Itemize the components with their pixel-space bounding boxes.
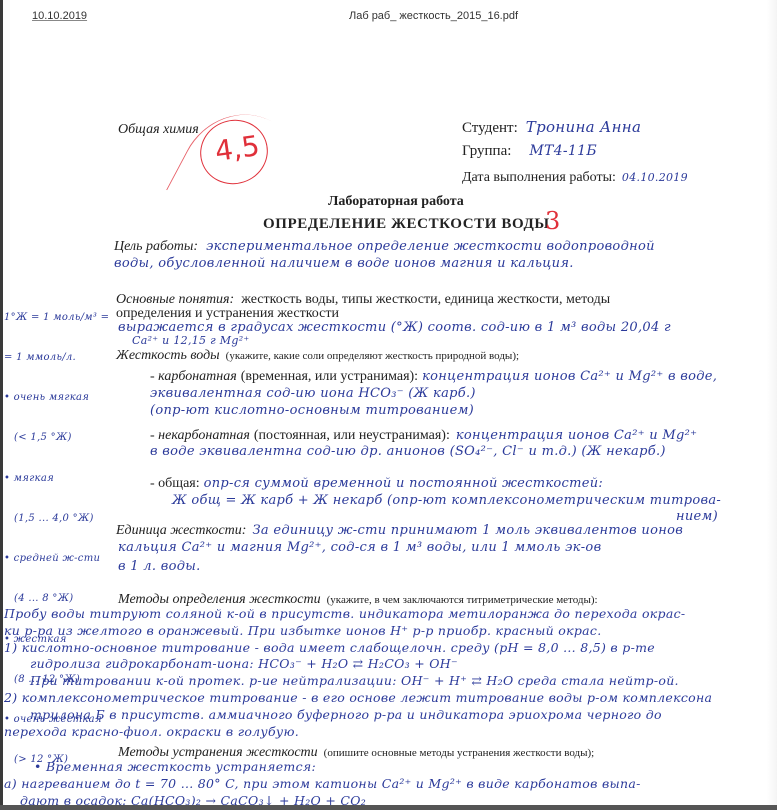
margin-note: = 1 ммоль/л. — [4, 351, 109, 364]
date-label: Дата выполнения работы: — [462, 170, 616, 185]
carbonate-answer-line3: (опр-ют кислотно-основным титрованием) — [150, 403, 474, 418]
water-hardness-hint: (укажите, какие соли определяют жесткост… — [226, 350, 519, 362]
group-value: МТ4-11Б — [529, 143, 597, 159]
noncarbonate-row: - некарбонатная (постоянная, или неустра… — [150, 426, 697, 444]
lab-subtitle: Лабораторная работа — [328, 194, 464, 210]
carbonate-answer-line1: концентрация ионов Ca²⁺ и Mg²⁺ в воде, — [422, 369, 717, 384]
removal-answer: • Временная жесткость устраняется: а) на… — [4, 758, 641, 809]
noncarbonate-label: - некарбонатная — [150, 428, 250, 443]
unit-answer-line1: За единицу ж-сти принимают 1 моль эквива… — [252, 523, 683, 538]
margin-note: (1,5 ... 4,0 °Ж) — [4, 512, 109, 525]
file-name: Лаб раб_ жесткость_2015_16.pdf — [349, 10, 518, 22]
total-row: - общая: опр-ся суммой временной и посто… — [150, 474, 603, 492]
date-row: Дата выполнения работы: 04.10.2019 — [462, 168, 688, 186]
student-row: Студент: Тронина Анна — [462, 118, 641, 137]
margin-note: (< 1,5 °Ж) — [4, 431, 109, 444]
basic-concepts-text-line1: жесткость воды, типы жесткости, единица … — [241, 292, 610, 307]
determination-line: 2) комплексонометрическое титрование - в… — [4, 690, 712, 707]
goal-section: Цель работы: экспериментальное определен… — [114, 237, 655, 255]
unit-answer-line2: кальция Ca²⁺ и магния Mg²⁺, сод-ся в 1 м… — [118, 540, 601, 555]
noncarbonate-hint: (постоянная, или неустранимая): — [254, 428, 450, 443]
carbonate-hint: (временная, или устранимая): — [241, 369, 418, 384]
removal-line: а) нагреванием до t = 70 ... 80° C, при … — [4, 775, 641, 792]
course-name: Общая химия — [118, 122, 199, 138]
determination-line: Пробу воды титруют соляной к-ой в присут… — [4, 606, 712, 623]
determination-line: ки р-ра из желтого в оранжевый. При избы… — [4, 623, 712, 640]
noncarbonate-answer-line2: в воде эквивалентна сод-ию др. анионов (… — [150, 444, 666, 459]
goal-text-line2: воды, обусловленной наличием в воде ионо… — [114, 256, 574, 271]
score-mark: 3 — [545, 207, 561, 235]
total-answer-line1: опр-ся суммой временной и постоянной жес… — [204, 476, 603, 491]
noncarbonate-answer-line1: концентрация ионов Ca²⁺ и Mg²⁺ — [456, 428, 697, 443]
unit-row: Единица жесткости: За единицу ж-сти прин… — [116, 521, 683, 539]
determination-line: трилона Б в присутств. аммиачного буферн… — [4, 707, 712, 724]
page-right-shadow — [767, 0, 777, 810]
carbonate-label: - карбонатная — [150, 369, 237, 384]
grade-value: 4,5 — [213, 129, 262, 168]
determination-line: перехода красно-фиол. окраски в голубую. — [4, 724, 712, 741]
student-label: Студент: — [462, 120, 518, 136]
removal-line: • Временная жесткость устраняется: — [4, 758, 641, 775]
viewer-left-border — [0, 0, 3, 810]
determination-hint: (укажите, в чем заключаются титриметриче… — [327, 594, 598, 606]
goal-label: Цель работы: — [114, 239, 198, 254]
water-hardness-heading: Жесткость воды (укажите, какие соли опре… — [116, 346, 519, 364]
margin-note: • средней ж-сти — [4, 552, 109, 565]
print-date: 10.10.2019 — [32, 10, 87, 22]
determination-label: Методы определения жесткости — [118, 592, 321, 607]
determination-line: При титровании к-ой протек. р-ие нейтрал… — [4, 673, 712, 690]
total-label: - общая: — [150, 476, 200, 491]
margin-note: (4 ... 8 °Ж) — [4, 592, 109, 605]
page-title: ОПРЕДЕЛЕНИЕ ЖЕСТКОСТИ ВОДЫ — [263, 216, 550, 233]
margin-note: 1°Ж = 1 моль/м³ = — [4, 311, 109, 324]
unit-answer-line3: в 1 л. воды. — [118, 559, 201, 574]
determination-answer: Пробу воды титруют соляной к-ой в присут… — [4, 606, 712, 740]
viewer-bottom-border — [0, 805, 777, 810]
margin-note: • мягкая — [4, 472, 109, 485]
basic-concepts-answer-line1: выражается в градусах жесткости (°Ж) соо… — [118, 320, 671, 335]
determination-line: 1) кислотно-основное титрование - вода и… — [4, 640, 712, 657]
basic-concepts-label: Основные понятия: — [116, 292, 234, 307]
student-name: Тронина Анна — [526, 118, 641, 136]
date-value: 04.10.2019 — [622, 171, 688, 184]
total-answer-line2: Ж общ = Ж карб + Ж некарб (опр-ют компле… — [172, 493, 721, 508]
group-row: Группа: МТ4-11Б — [462, 142, 597, 160]
determination-line: гидролиза гидрокарбонат-иона: HCO₃⁻ + H₂… — [4, 656, 712, 673]
carbonate-answer-line2: эквивалентная сод-ию иона HCO₃⁻ (Ж карб.… — [150, 386, 476, 401]
carbonate-row: - карбонатная (временная, или устранимая… — [150, 367, 717, 385]
group-label: Группа: — [462, 143, 511, 159]
goal-text-line1: экспериментальное определение жесткости … — [206, 239, 655, 254]
margin-note: • очень мягкая — [4, 391, 109, 404]
unit-label: Единица жесткости: — [116, 523, 246, 538]
water-hardness-label: Жесткость воды — [116, 348, 220, 363]
